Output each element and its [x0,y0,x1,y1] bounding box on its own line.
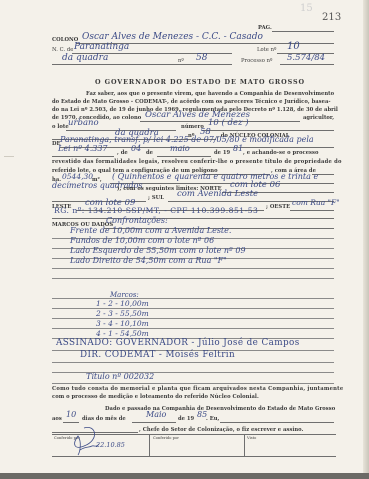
lote-type-hand: urbano [68,118,99,128]
lei-de2-label: de [146,150,153,156]
assinado-diretor: DIR. CODEMAT - Moisés Feltrin [80,350,235,360]
lei-year-label: de 19 [214,150,230,156]
processo-line [280,64,334,65]
month-line [132,422,176,423]
dado-line-1: Dado e passado na Companhia de Desenvolv… [105,406,335,412]
body-line-1: Faz saber, aos que o presente virem, que… [86,91,334,97]
marco-3: 3 - 4 - 10,10m [96,319,149,328]
area-hand: 0544,30 [62,172,93,181]
page-number: 213 [322,12,341,23]
nucleo-hand: Paranatinga, transf. p/ lei 4.225 de 07/… [60,135,314,144]
processo-label: Processo nº [241,58,273,64]
processo-value: 5.574/84 [287,53,325,63]
area-words-line [110,183,334,184]
body-line-2: do Estado de Mato Grosso - CODEMAT-, de … [52,99,331,105]
rg-line [52,218,334,219]
n-value: 58 [196,53,207,63]
signature-scribble [66,422,106,456]
year-label: de 19 [178,416,194,422]
confrontacao-direito: Lado Direito de 54,50m com a Rua "F" [70,256,227,265]
page-edge-shadow [363,0,369,473]
month-hand: Maio [146,410,166,419]
eu-label: . Eu, [206,416,219,422]
lote-label: Lote nº [257,47,277,53]
agricultor-label: agricultor, [303,115,334,121]
lei-month-line [157,156,211,157]
confrontacao-fundos: Fundos de 10,00m com o lote nº 06 [70,236,214,245]
conferido-label-2: Conferido por [153,436,179,440]
memorial-line-1: Como tudo consta do memorial e planta qu… [52,386,343,392]
nc2-line [52,64,232,65]
nc-value: Paranatinga [74,42,129,52]
assinado-governador: ASSINADO: GOVERNADOR - Júlio José de Cam… [56,338,300,348]
oeste-line [290,210,334,211]
rule-12 [52,362,334,363]
colono-value: Oscar Alves de Menezes - C.C. - Casado [82,32,263,42]
achando-text: , e achando-se o processo [243,150,319,156]
rule-14 [52,383,334,384]
confrontacao-frente: Frente de 10,00m com a Avenida Leste. [70,226,231,235]
rule-5 [52,278,334,279]
rule-6 [52,298,334,299]
rule-9 [52,328,334,329]
oeste-hand: com Rua "F" [292,198,340,207]
rule-4 [52,268,334,269]
chefe-text: , Chefe do Setor de Colonização, o fiz e… [139,427,303,433]
numero-hand: 10 ( dez ) [208,118,249,128]
day-hand: 10 [66,410,76,419]
confrontacoes-hand: Confrontações: [106,216,168,225]
eu-line [220,422,334,423]
aos-label: aos [52,416,62,422]
sul-label: ; SUL [148,195,164,201]
sul-hand: com Avenida Leste [177,189,258,199]
titulo-number: Título nº 002032 [86,372,154,381]
marco-1: 1 - 2 - 10,00m [96,299,149,308]
document-page: 15 213 PAG. COLONO Oscar Alves de Meneze… [0,0,363,473]
margin-mark [4,156,14,157]
footer-divider-2 [244,434,245,456]
marco-2: 2 - 3 - 55,50m [96,309,149,318]
faded-stamp: 15 [300,3,313,14]
area-words-hand: ( Quinhentos e quarenta e quatro metros … [112,172,318,181]
conferido-date-hand: 22.10.85 [96,441,125,449]
lei-month-hand: maio [170,144,190,153]
lei-hand: Lei nº 4.337 [58,144,108,153]
oeste-label: ; OESTE [266,204,290,210]
footer-divider-1 [149,434,150,456]
lei-de-label: , de [117,150,128,156]
lote-value: 10 [287,41,300,52]
footer-bottom-line [52,456,336,457]
visto-label: Visto [247,436,256,440]
numero-line [202,130,334,131]
body-line-9: revestido das formalidades legais, resol… [52,159,342,165]
nc-value-2: da quadra [62,53,108,63]
rule-8 [52,318,334,319]
lei-line [52,156,114,157]
lei-year-hand: 81 [233,144,243,153]
lei-day-hand: 04 [131,144,141,153]
page-line [272,31,334,32]
page-label: PAG. [258,25,272,31]
confrontacao-esquerdo: Lado Esquerdo de 55,50m com o lote nº 09 [70,246,246,255]
document-title: O GOVERNADOR DO ESTADO DE MATO GROSSO [95,78,305,86]
memorial-line-2: com o processo de medição e loteamento d… [52,394,259,400]
marco-4: 4 - 1 - 54,50m [96,329,149,338]
rule-7 [52,308,334,309]
rg-cpf-hand: RG. nº: 134.210-SSP/MT, - CPF 110.399.85… [54,206,258,215]
